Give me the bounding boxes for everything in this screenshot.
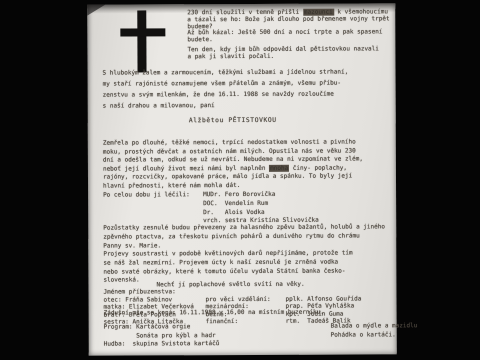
deceased-name: Alžbětou PĚTISTOVKOU <box>108 116 358 124</box>
opening-quote-paragraph: 230 dní sloužili v temně přišli mazounci… <box>187 9 387 44</box>
transfer-paragraph: Pozůstatky zesnulé budou převezeny za ha… <box>103 223 390 251</box>
text-line: s naší drahou a milovanou, paní <box>103 99 390 111</box>
text-line: S hlubokým žalem a zarmoucením, těžkými … <box>103 66 390 78</box>
text-line: Až bůh kázal: Ještě 500 dní a nocí trpte… <box>187 30 387 38</box>
text-line: budete. <box>187 37 387 45</box>
text-line: Projevy soustrasti v podobě květinových … <box>103 249 390 259</box>
text-line: Hudba: skupina Svistota kartáčů <box>104 340 304 348</box>
mass-info-line: Zádušní mše se koná: 16.11.1988 v 16,00 … <box>104 308 391 316</box>
program-right-column: Balada o mýdle a mazidlu Pohádka o kartá… <box>331 321 401 339</box>
highlighted-word: mnoha <box>269 165 289 172</box>
second-quote-paragraph: Ten den, kdy jim bůh odpovědi dal pětist… <box>187 46 387 60</box>
text-line: a pak ji slaviti počali. <box>187 53 387 61</box>
text-line: rajóny, rozcvičky, opakované práce, málo… <box>103 173 390 183</box>
program-item: Balada o mýdle a mazidlu <box>331 321 401 330</box>
text-line: Zádušní mše se koná: 16.11.1988 v 16,00 … <box>104 308 391 316</box>
text-line: Nechť jí poplachové světlo svítí na věky… <box>156 280 376 288</box>
text-line: Po celou dobu ji léčili: <box>103 191 213 198</box>
program-item: Pohádka o kartáči. <box>331 330 401 339</box>
announcement-paragraph: S hlubokým žalem a zarmoucením, těžkými … <box>103 66 390 111</box>
cross-icon-bar <box>120 28 165 36</box>
obituary-sheet: 230 dní sloužili v temně přišli mazounci… <box>87 3 397 355</box>
text-line: a tázali se ho: Bože jak dlouho pod břem… <box>187 16 387 24</box>
text-segment: neboť její dlouhý život mezi námi byl na… <box>103 165 269 173</box>
text-segment: činy- poplachy, <box>289 164 347 171</box>
doctors-label: Po celou dobu ji léčili: <box>103 191 213 198</box>
text-line: zpěvného ptactva, za třeskotu pivních po… <box>103 232 390 242</box>
family-column: Jménem příbuzenstva: otec: Fráňa Sabinov… <box>103 288 203 326</box>
text-line: Alžbětou PĚTISTOVKOU <box>108 116 358 124</box>
cross-icon <box>137 10 146 72</box>
doctors-list: MUDr. Fero Borovička DOC. Vendelín Rum D… <box>203 190 383 226</box>
program-left-column: Program: Kartáčová orgie Sonáta pro kýbl… <box>104 322 264 341</box>
music-line: Hudba: skupina Svistota kartáčů <box>104 340 304 348</box>
obituary-body-paragraph: Zemřela po dlouhé, těžké nemoci, trpící … <box>103 138 390 191</box>
blessing-line: Nechť jí poplachové světlo svítí na věky… <box>156 280 376 288</box>
